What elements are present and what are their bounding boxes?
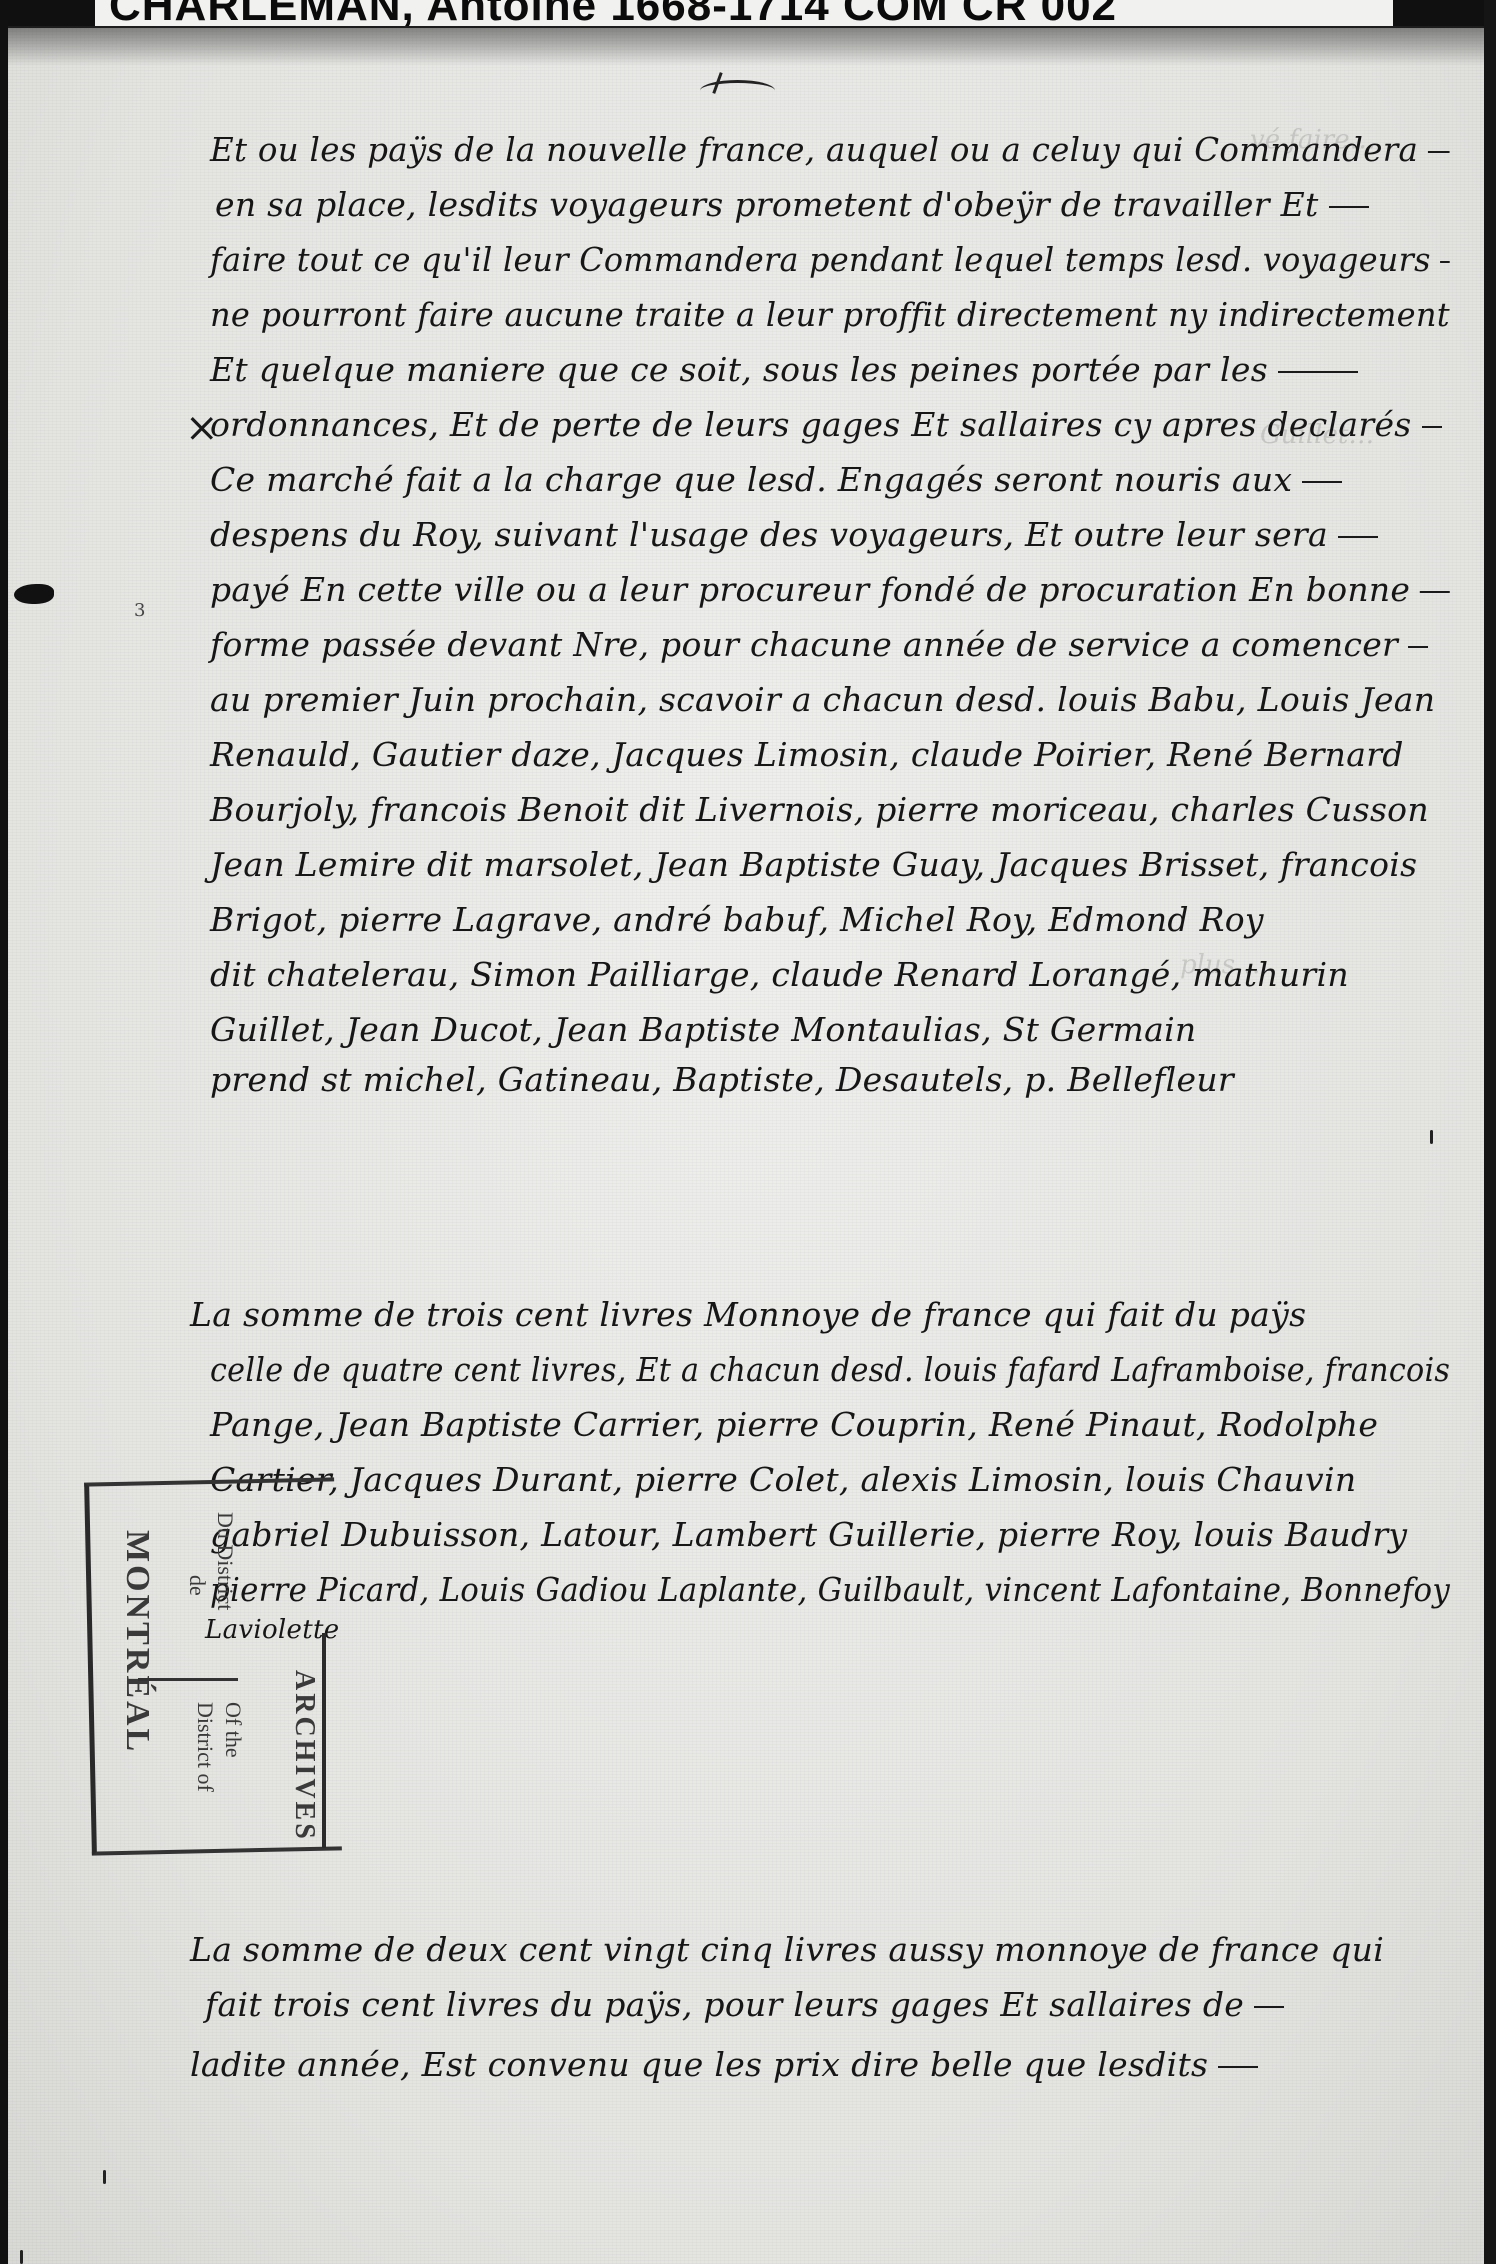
text-line: fait trois cent livres du paÿs, pour leu… [205, 1985, 1284, 2024]
signature-line: prend st michel, Gatineau, Baptiste, Des… [210, 1060, 1234, 1099]
margin-note: 3 [134, 600, 145, 621]
text-line: payé En cette ville ou a leur procureur … [210, 570, 1450, 609]
text-line: forme passée devant Nre, pour chacune an… [210, 625, 1428, 664]
ink-mark [20, 2250, 23, 2264]
stamp-archives: ARCHIVES [288, 1670, 320, 1842]
text-line: ne pourront faire aucune traite a leur p… [210, 295, 1450, 334]
stamp-french-district: Du District [212, 1512, 238, 1610]
stamp-french-de: de [184, 1575, 210, 1596]
scan-top-shadow [0, 26, 1496, 66]
stamp-english-of-the: Of the [220, 1702, 246, 1758]
text-line: Renauld, Gautier daze, Jacques Limosin, … [210, 735, 1404, 774]
text-line: en sa place, lesdits voyageurs prometent… [215, 185, 1369, 224]
text-line: ordonnances, Et de perte de leurs gages … [210, 405, 1442, 444]
text-line: Guillet, Jean Ducot, Jean Baptiste Monta… [210, 1010, 1196, 1049]
stamp-city: MONTRÉAL [118, 1530, 156, 1754]
text-line: celle de quatre cent livres, Et a chacun… [210, 1350, 1450, 1389]
text-line: Brigot, pierre Lagrave, andré babuf, Mic… [210, 900, 1264, 939]
text-line: Jean Lemire dit marsolet, Jean Baptiste … [210, 845, 1417, 884]
text-line: despens du Roy, suivant l'usage des voya… [210, 515, 1378, 554]
ink-mark [1430, 1130, 1433, 1144]
text-line: Ce marché fait a la charge que lesd. Eng… [210, 460, 1342, 499]
stamp-english-district: District of [192, 1702, 218, 1792]
text-line: La somme de deux cent vingt cinq livres … [190, 1930, 1384, 1969]
scan-right-frame [1484, 0, 1496, 2264]
document-scan: CHARLEMAN, Antoine 1668-1714 COM CR 002 … [0, 0, 1496, 2264]
stamp-divider [138, 1678, 238, 1681]
archive-header-label: CHARLEMAN, Antoine 1668-1714 COM CR 002 [95, 0, 1393, 26]
text-line: Et ou les paÿs de la nouvelle france, au… [210, 130, 1450, 169]
ink-mark [103, 2170, 106, 2184]
text-line: Et quelque maniere que ce soit, sous les… [210, 350, 1358, 389]
scan-left-frame [0, 20, 8, 2264]
text-line: Bourjoly, francois Benoit dit Livernois,… [210, 790, 1429, 829]
text-line: Cartier, Jacques Durant, pierre Colet, a… [210, 1460, 1356, 1499]
flourish-mark [700, 80, 775, 101]
text-line: La somme de trois cent livres Monnoye de… [190, 1295, 1306, 1334]
text-line: ladite année, Est convenu que les prix d… [190, 2045, 1258, 2084]
text-line: au premier Juin prochain, scavoir a chac… [210, 680, 1435, 719]
text-line: Pange, Jean Baptiste Carrier, pierre Cou… [210, 1405, 1378, 1444]
text-line: faire tout ce qu'il leur Commandera pend… [210, 240, 1450, 279]
text-line: pierre Picard, Louis Gadiou Laplante, Gu… [210, 1570, 1450, 1609]
archive-stamp-content: MONTRÉAL Du District de Of the District … [88, 1480, 333, 1845]
ink-blot [14, 584, 54, 604]
text-line: gabriel Dubuisson, Latour, Lambert Guill… [210, 1515, 1407, 1554]
text-line: dit chatelerau, Simon Pailliarge, claude… [210, 955, 1349, 994]
